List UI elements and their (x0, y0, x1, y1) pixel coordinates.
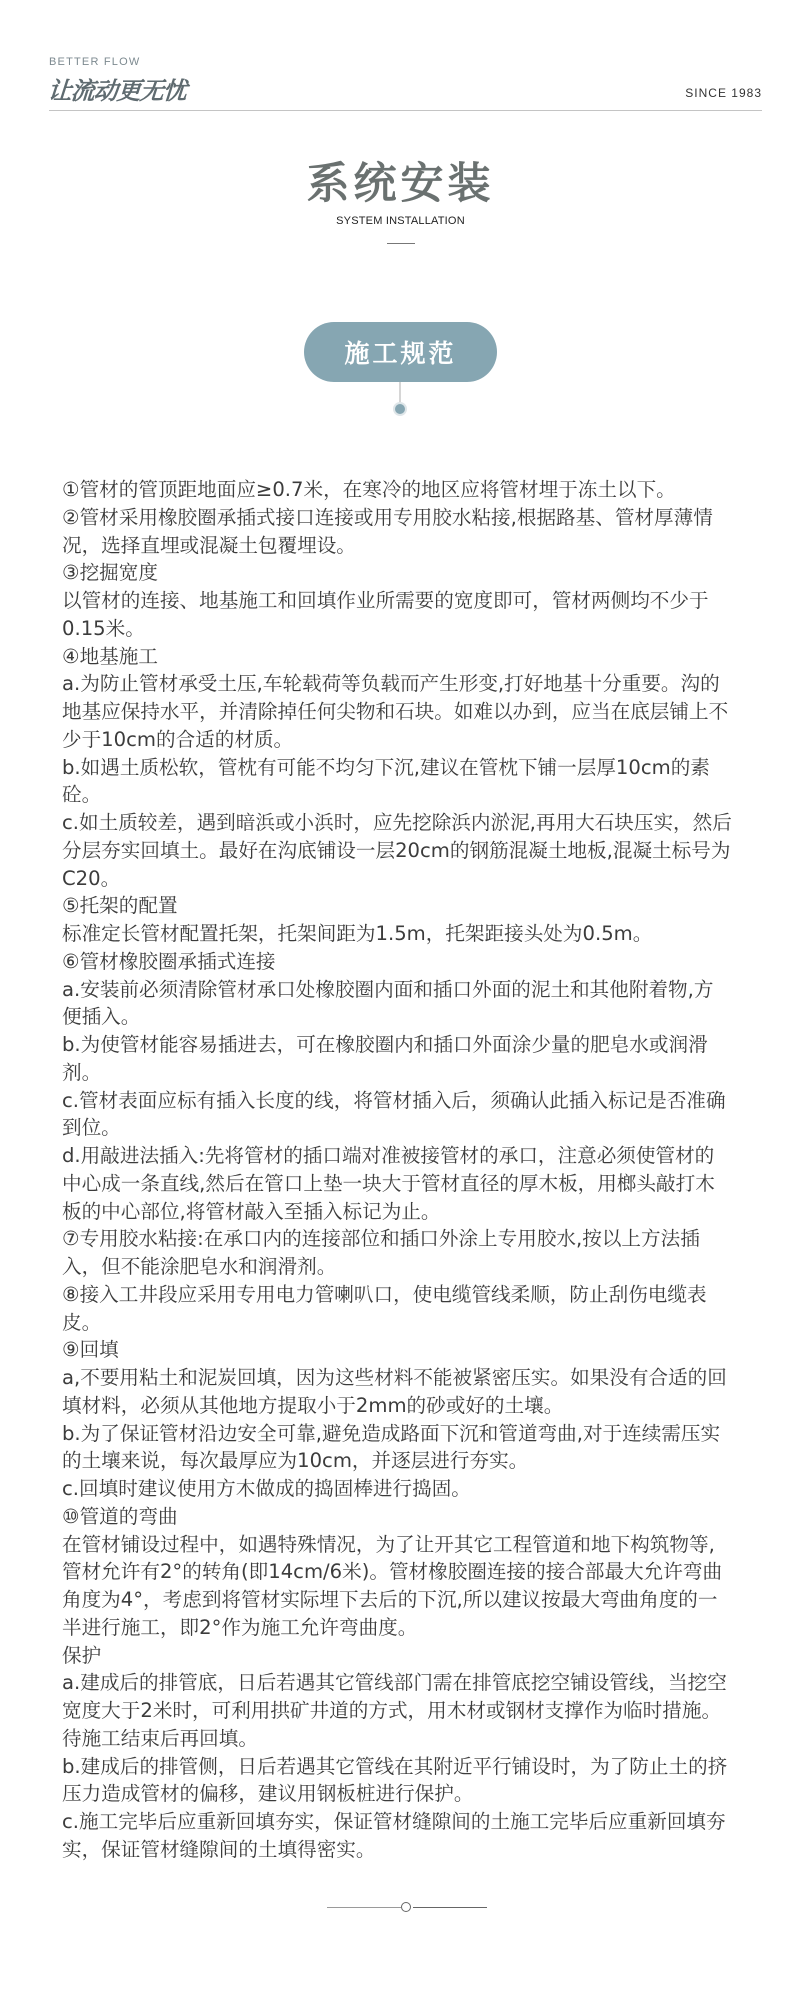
page-subtitle: SYSTEM INSTALLATION (0, 215, 801, 227)
paragraph: d.用敲进法插入:先将管材的插口端对准被接管材的承口，注意必须使管材的中心成一条… (62, 1142, 732, 1225)
paragraph: ⑦专用胶水粘接:在承口内的连接部位和插口外涂上专用胶水,按以上方法插入，但不能涂… (62, 1225, 732, 1281)
footer-divider (327, 1900, 487, 1916)
section-badge-label: 施工规范 (344, 334, 456, 370)
section-heading: ⑩管道的弯曲 (62, 1503, 732, 1531)
badge-connector-dot-icon (393, 402, 407, 416)
paragraph: c.回填时建议使用方木做成的捣固棒进行捣固。 (62, 1475, 732, 1503)
title-divider (387, 243, 415, 244)
paragraph: b.建成后的排管侧，日后若遇其它管线在其附近平行铺设时，为了防止土的挤压力造成管… (62, 1753, 732, 1809)
section-heading: ⑨回填 (62, 1336, 732, 1364)
specification-text: ①管材的管顶距地面应≥0.7米，在寒冷的地区应将管材埋于冻土以下。 ②管材采用橡… (62, 476, 732, 1864)
page-header: BETTER FLOW 让流动更无忧 SINCE 1983 (0, 0, 801, 120)
paragraph: a,不要用粘土和泥炭回填，因为这些材料不能被紧密压实。如果没有合适的回填材料，必… (62, 1364, 732, 1420)
section-badge: 施工规范 (304, 322, 497, 382)
header-divider (49, 110, 762, 111)
paragraph: ⑧接入工井段应采用专用电力管喇叭口，使电缆管线柔顺，防止刮伤电缆表皮。 (62, 1281, 732, 1337)
paragraph: ①管材的管顶距地面应≥0.7米，在寒冷的地区应将管材埋于冻土以下。 (62, 476, 732, 504)
since-year: SINCE 1983 (685, 86, 762, 100)
section-heading: ④地基施工 (62, 643, 732, 671)
footer-circle-icon (401, 1902, 411, 1912)
footer-line-right (413, 1907, 487, 1908)
paragraph: a.建成后的排管底，日后若遇其它管线部门需在排管底挖空铺设管线，当挖空宽度大于2… (62, 1669, 732, 1752)
section-heading: ③挖掘宽度 (62, 559, 732, 587)
paragraph: b.如遇土质松软，管枕有可能不均匀下沉,建议在管枕下铺一层厚10cm的素砼。 (62, 754, 732, 810)
paragraph: 以管材的连接、地基施工和回填作业所需要的宽度即可，管材两侧均不少于0.15米。 (62, 587, 732, 643)
paragraph: ②管材采用橡胶圈承插式接口连接或用专用胶水粘接,根据路基、管材厚薄情况，选择直埋… (62, 504, 732, 560)
paragraph: 在管材铺设过程中，如遇特殊情况，为了让开其它工程管道和地下构筑物等,管材允许有2… (62, 1531, 732, 1642)
paragraph: b.为使管材能容易插进去，可在橡胶圈内和插口外面涂少量的肥皂水或润滑剂。 (62, 1031, 732, 1087)
footer-line-left (327, 1907, 401, 1908)
paragraph: 标准定长管材配置托架，托架间距为1.5m，托架距接头处为0.5m。 (62, 920, 732, 948)
section-heading: ⑤托架的配置 (62, 892, 732, 920)
paragraph: c.施工完毕后应重新回填夯实，保证管材缝隙间的土施工完毕后应重新回填夯实，保证管… (62, 1808, 732, 1864)
section-heading: ⑥管材橡胶圈承插式连接 (62, 948, 732, 976)
paragraph: a.为防止管材承受土压,车轮载荷等负载而产生形变,打好地基十分重要。沟的地基应保… (62, 670, 732, 753)
paragraph: c.管材表面应标有插入长度的线，将管材插入后，须确认此插入标记是否准确到位。 (62, 1087, 732, 1143)
paragraph: b.为了保证管材沿边安全可靠,避免造成路面下沉和管道弯曲,对于连续需压实的土壤来… (62, 1420, 732, 1476)
section-heading: 保护 (62, 1642, 732, 1670)
paragraph: c.如土质较差，遇到暗浜或小浜时，应先挖除浜内淤泥,再用大石块压实，然后分层夯实… (62, 809, 732, 892)
brand-logo-text: 让流动更无忧 (47, 71, 187, 106)
paragraph: a.安装前必须清除管材承口处橡胶圈内面和插口外面的泥土和其他附着物,方便插入。 (62, 976, 732, 1032)
brand-tagline-en: BETTER FLOW (49, 56, 140, 68)
page-title: 系统安装 (0, 150, 801, 211)
